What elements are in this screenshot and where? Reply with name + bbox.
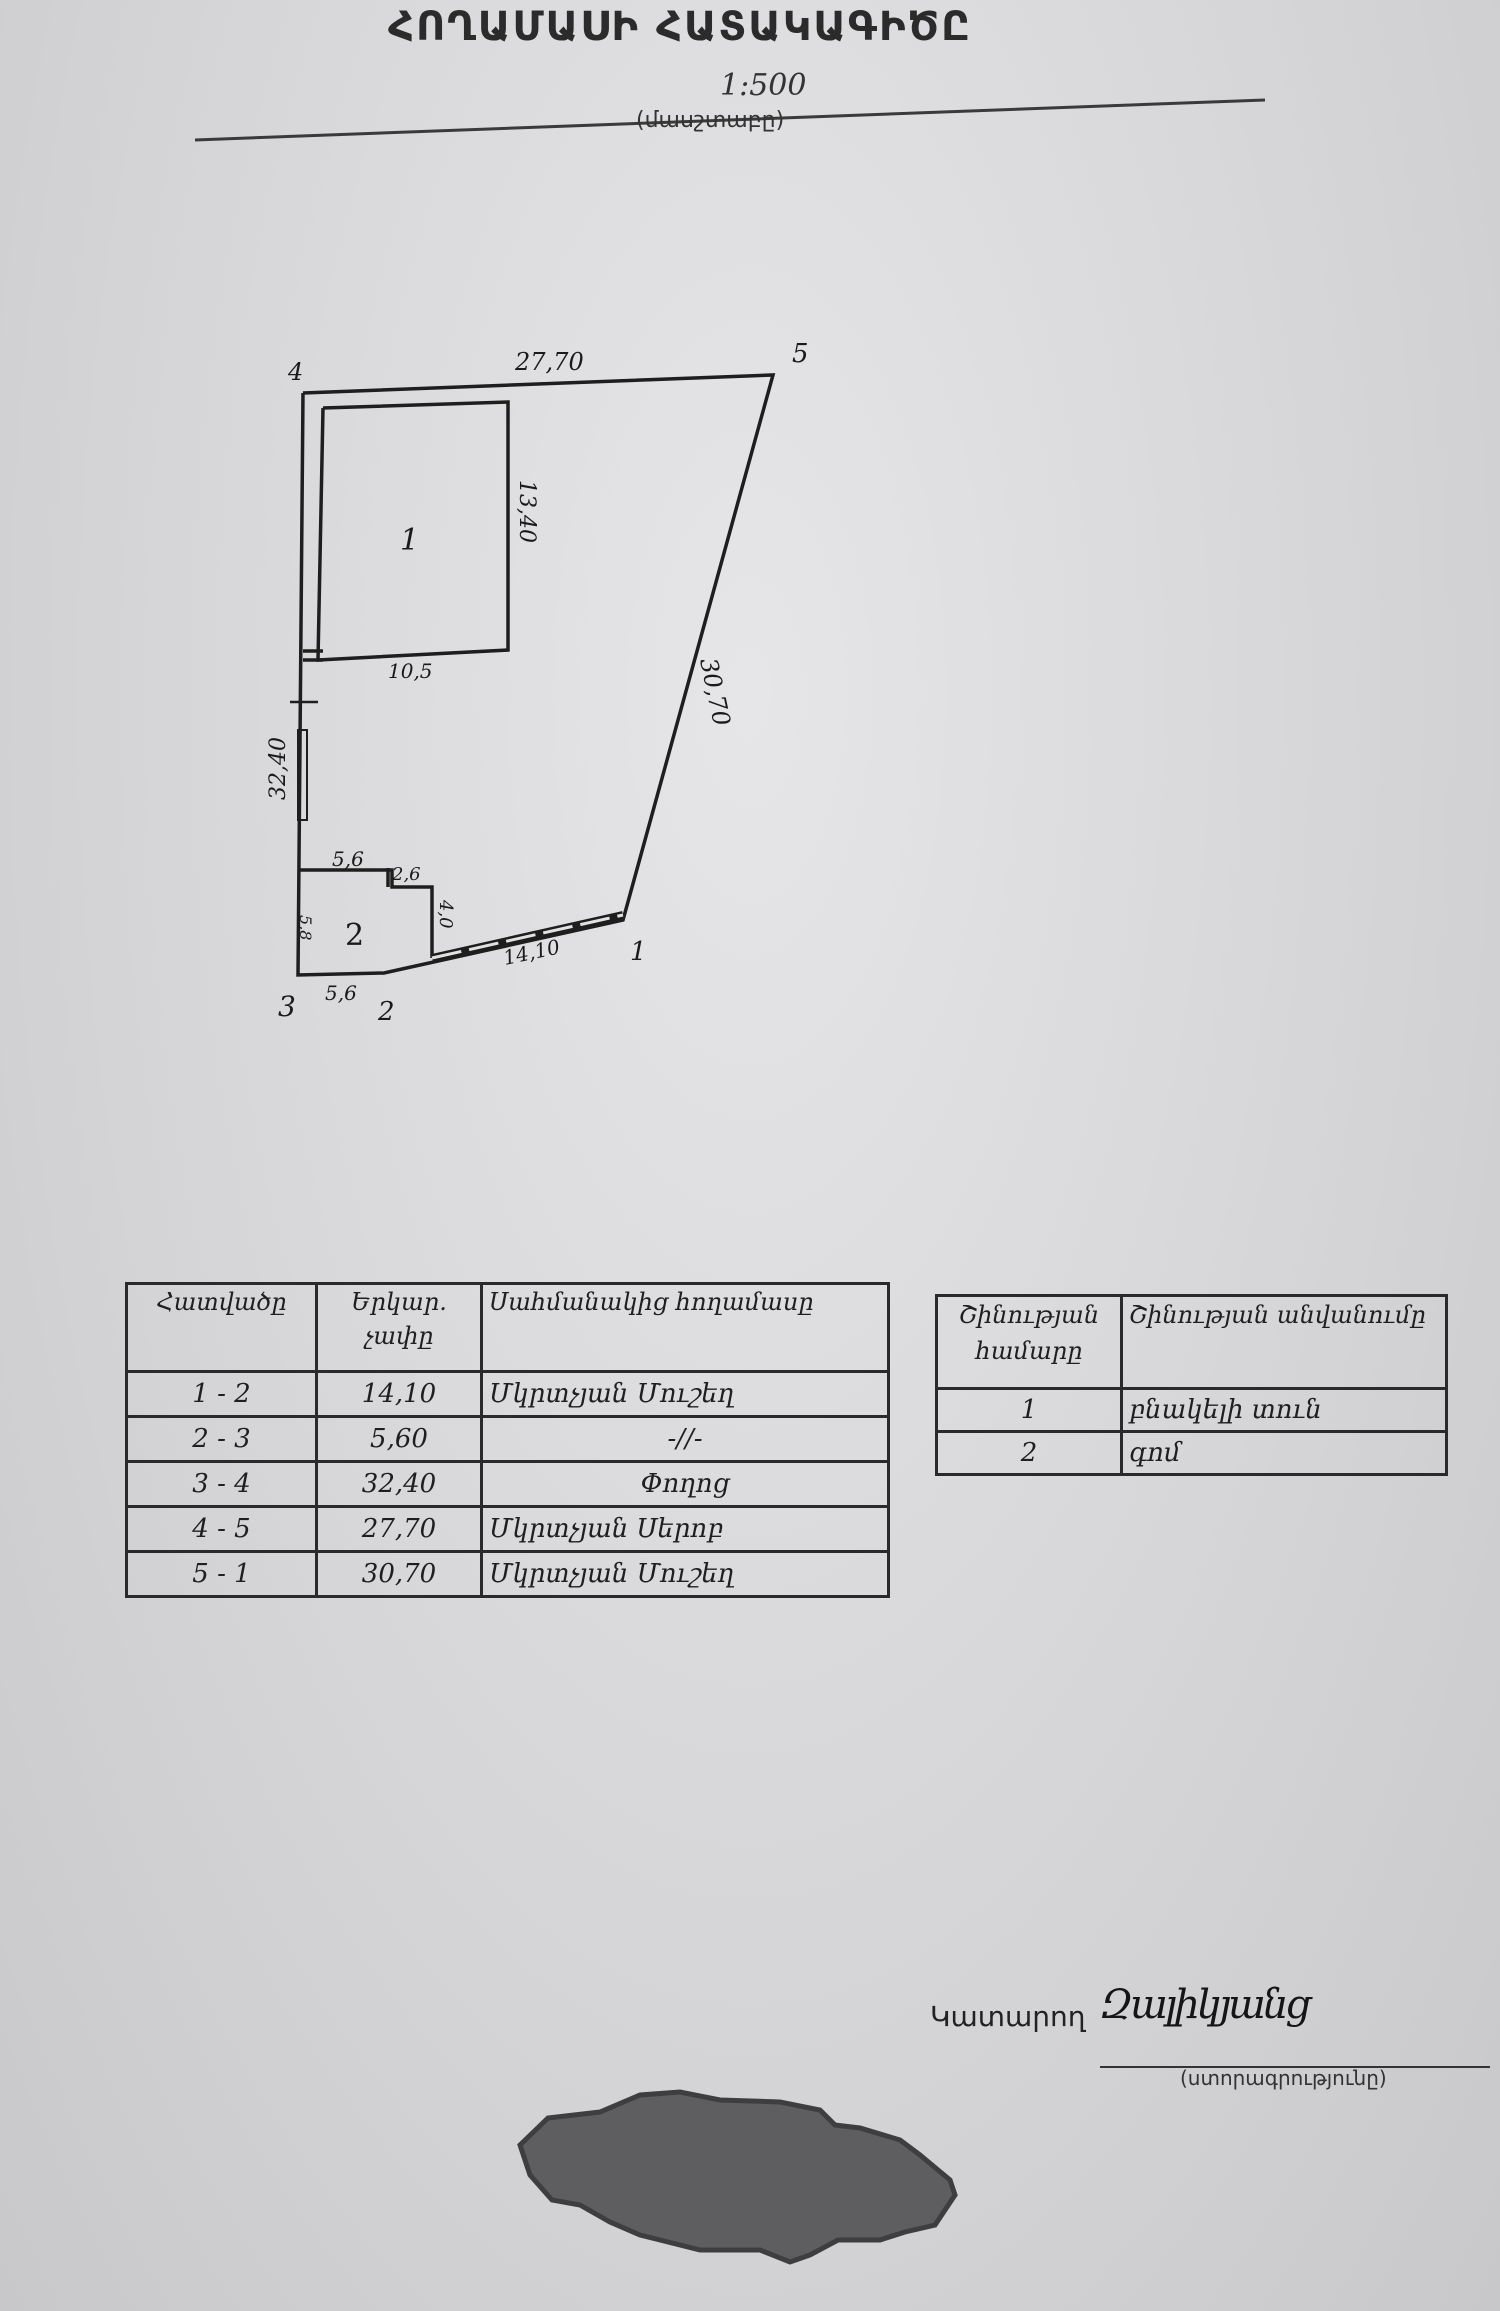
stamp-blot	[0, 0, 1500, 2311]
